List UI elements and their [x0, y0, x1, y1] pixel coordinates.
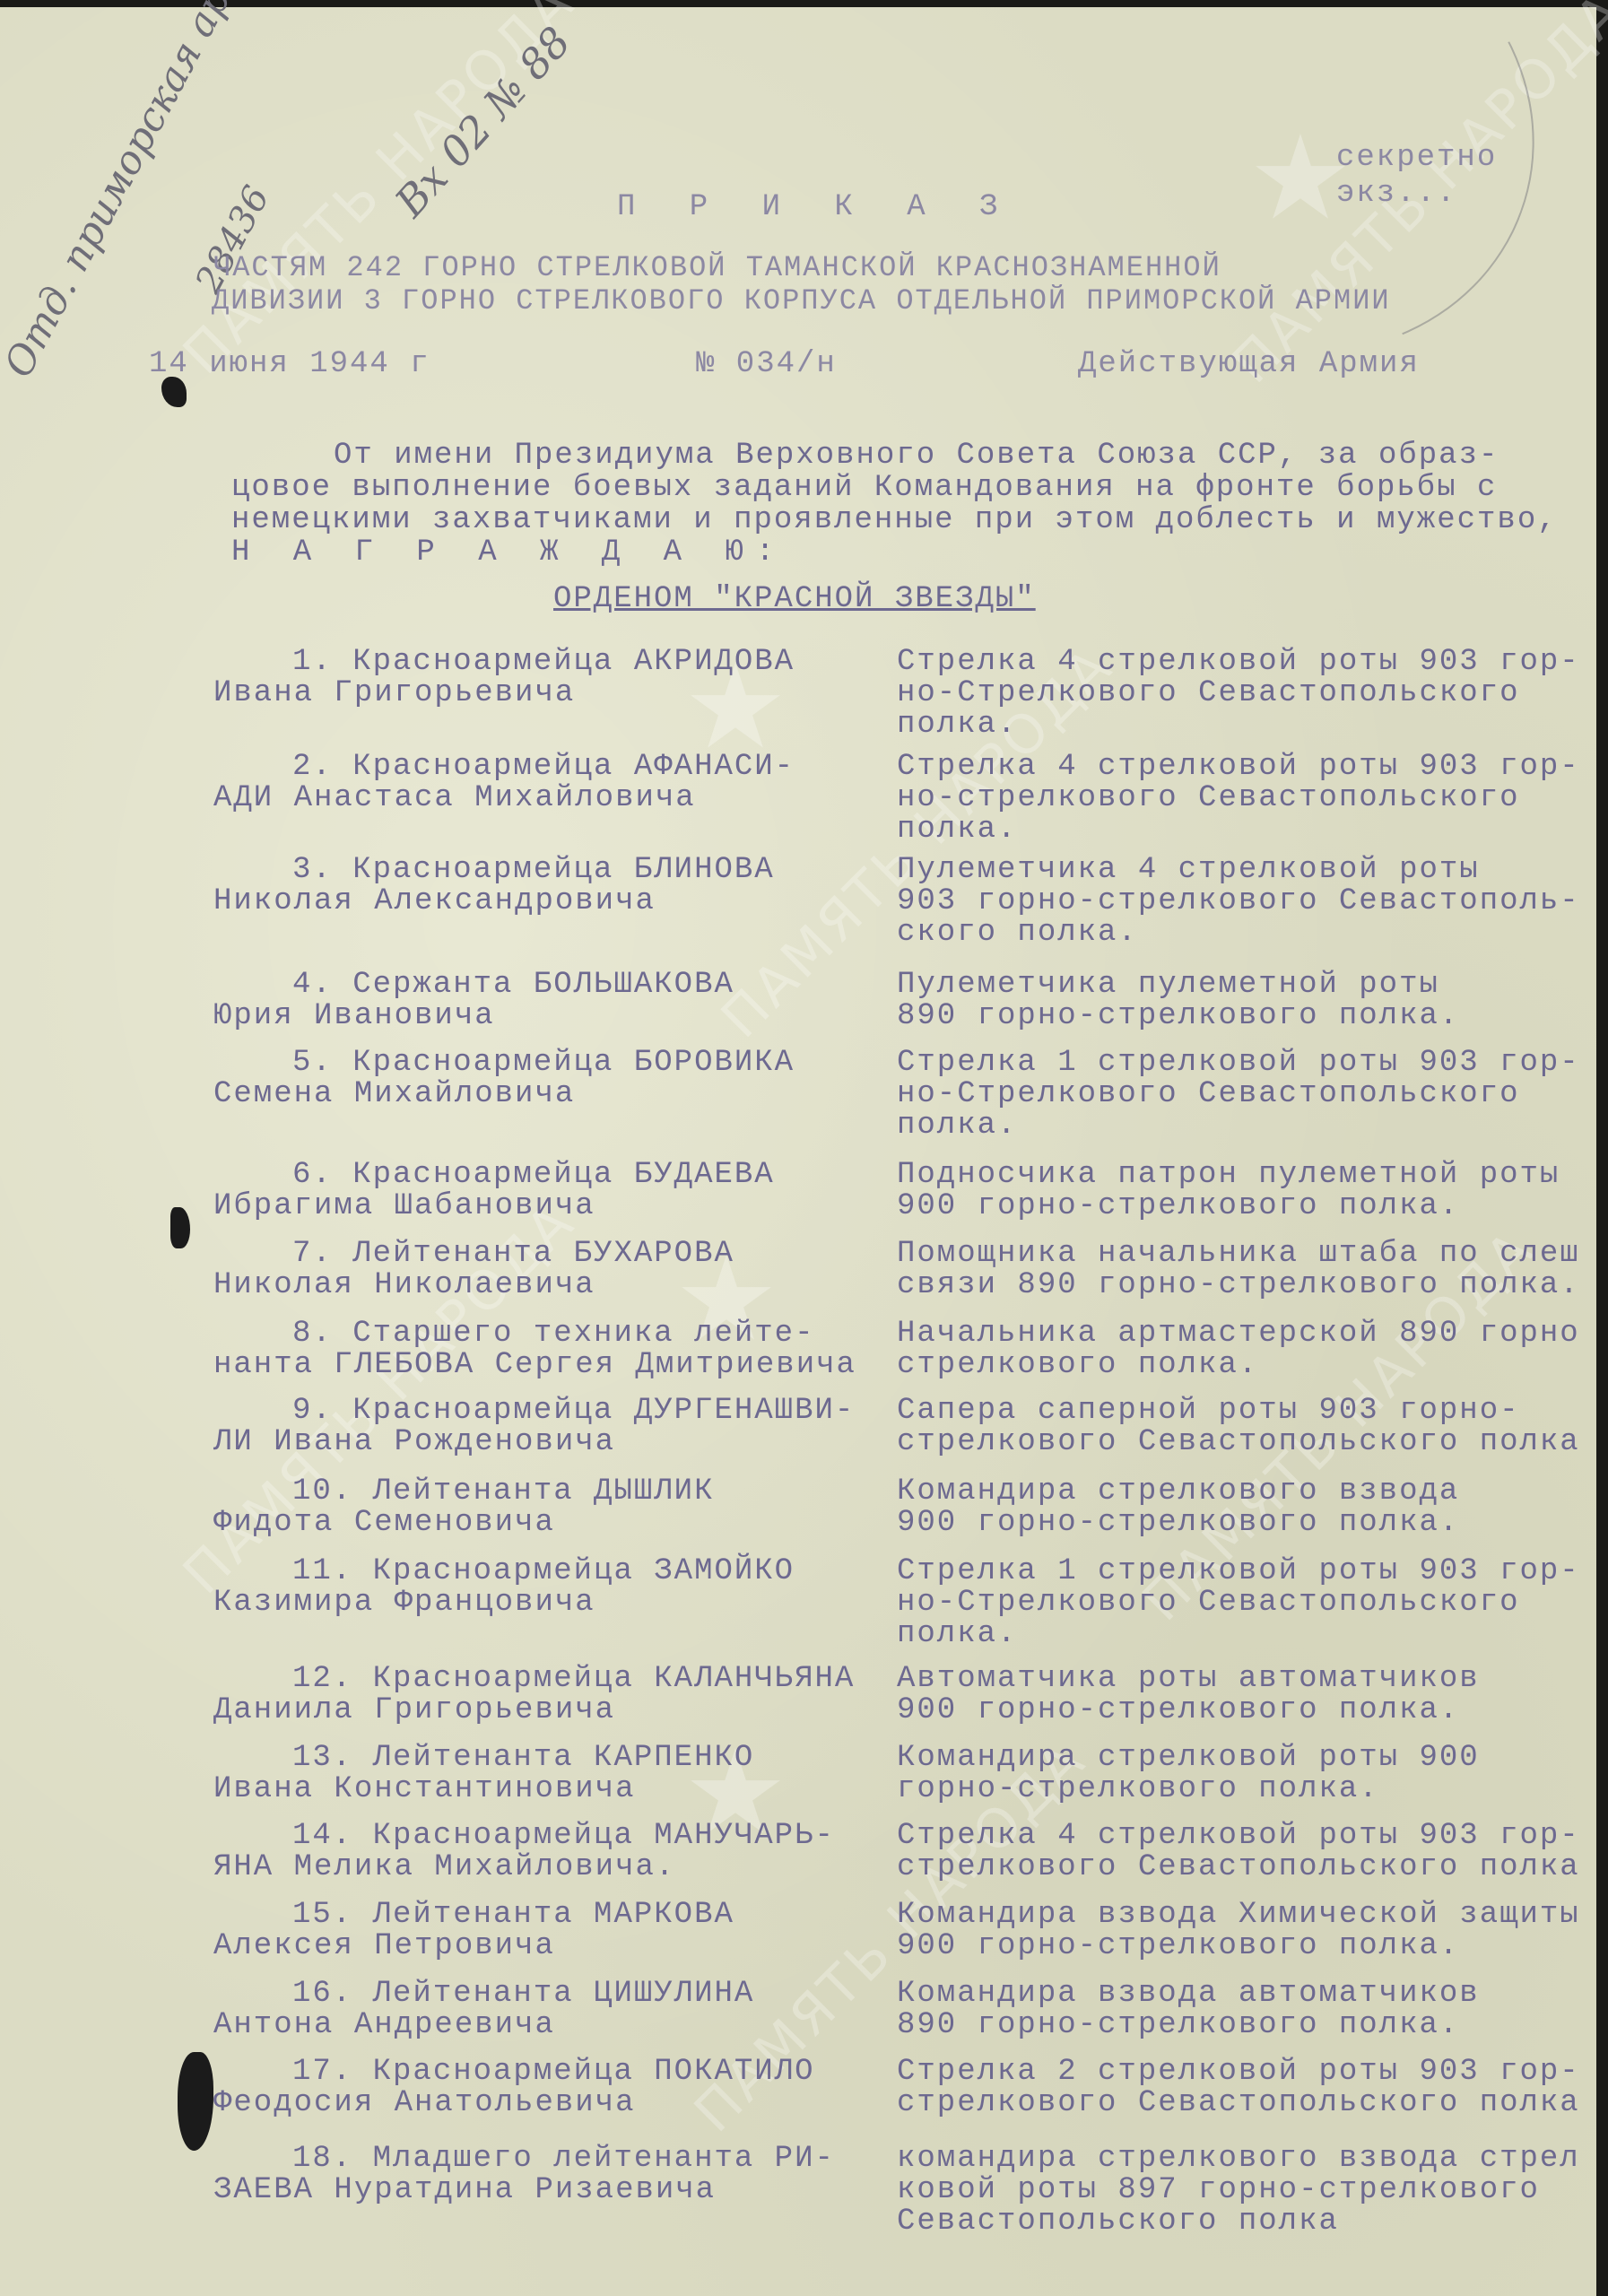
recipient-rank-surname: 14. Красноармейца МАНУЧАРЬ-	[292, 1821, 835, 1852]
recipient-position: но-стрелкового Севастопольского	[897, 783, 1520, 814]
recipient-position: но-Стрелкового Севастопольского	[897, 678, 1520, 709]
recipient-rank-surname: 6. Красноармейца БУДАЕВА	[292, 1160, 775, 1191]
recipient-position: Автоматчика роты автоматчиков	[897, 1664, 1480, 1695]
classification-line-1: секретно	[1336, 142, 1497, 174]
preamble-line: Н А Г Р А Ж Д А Ю:	[231, 536, 787, 569]
recipient-name: АДИ Анастаса Михайловича	[213, 783, 696, 814]
page-title: П Р И К А З	[617, 191, 1015, 223]
recipient-position: стрелкового Севастопольского полка	[897, 1852, 1580, 1883]
recipient-position: ского полка.	[897, 918, 1138, 949]
recipient-name: нанта ГЛЕБОВА Сергея Дмитриевича	[213, 1350, 856, 1381]
recipient-rank-surname: 18. Младшего лейтенанта РИ-	[292, 2144, 835, 2175]
recipient-rank-surname: 12. Красноармейца КАЛАНЧЬЯНА	[292, 1664, 855, 1695]
recipient-position: полка.	[897, 1619, 1017, 1650]
recipient-position: 900 горно-стрелкового полка.	[897, 1695, 1459, 1726]
recipient-position: Подносчика патрон пулеметной роты	[897, 1160, 1560, 1191]
recipient-position: Стрелка 2 стрелковой роты 903 гор-	[897, 2057, 1580, 2088]
recipient-position: Стрелка 4 стрелковой роты 903 гор-	[897, 647, 1580, 678]
recipient-rank-surname: 15. Лейтенанта МАРКОВА	[292, 1900, 734, 1931]
recipient-rank-surname: 5. Красноармейца БОРОВИКА	[292, 1048, 795, 1079]
recipient-name: Фидота Семеновича	[213, 1508, 555, 1539]
recipient-rank-surname: 4. Сержанта БОЛЬШАКОВА	[292, 970, 734, 1001]
recipient-name: Казимира Францовича	[213, 1587, 595, 1619]
recipient-position: 903 горно-стрелкового Севастополь-	[897, 886, 1580, 918]
recipient-name: ЗАЕВА Нуратдина Ризаевича	[213, 2175, 716, 2206]
recipient-rank-surname: 16. Лейтенанта ЦИШУЛИНА	[292, 1979, 754, 2010]
recipient-position: Стрелка 4 стрелковой роты 903 гор-	[897, 1821, 1580, 1852]
preamble-line: цовое выполнение боевых заданий Командов…	[231, 472, 1497, 504]
recipient-position: командира стрелкового взвода стрел	[897, 2144, 1580, 2175]
punch-hole	[178, 2052, 213, 2151]
recipient-position: 900 горно-стрелкового полка.	[897, 1508, 1459, 1539]
recipient-position: 900 горно-стрелкового полка.	[897, 1931, 1459, 1962]
recipient-position: Начальника артмастерской 890 горно	[897, 1318, 1580, 1350]
recipient-position: Командира стрелкового взвода	[897, 1476, 1459, 1508]
recipient-position: стрелкового полка.	[897, 1350, 1258, 1381]
recipient-position: полка.	[897, 814, 1017, 846]
recipient-position: Пулеметчика пулеметной роты	[897, 970, 1439, 1001]
order-number: № 034/н	[696, 348, 837, 380]
recipient-name: Антона Андреевича	[213, 2010, 555, 2041]
recipient-position: стрелкового Севастопольского полка	[897, 2088, 1580, 2119]
recipient-position: полка.	[897, 1110, 1017, 1142]
recipient-name: Алексея Петровича	[213, 1931, 555, 1962]
recipient-rank-surname: 17. Красноармейца ПОКАТИЛО	[292, 2057, 815, 2088]
recipient-position: горно-стрелкового полка.	[897, 1774, 1379, 1805]
unit-line-2: ДИВИЗИИ 3 ГОРНО СТРЕЛКОВОГО КОРПУСА ОТДЕ…	[212, 285, 1391, 317]
recipient-name: Юрия Ивановича	[213, 1001, 495, 1032]
recipient-position: полка.	[897, 709, 1017, 741]
recipient-name: Ивана Григорьевича	[213, 678, 575, 709]
recipient-position: Стрелка 4 стрелковой роты 903 гор-	[897, 752, 1580, 783]
punch-hole	[170, 1207, 190, 1248]
recipient-rank-surname: 8. Старшего техника лейте-	[292, 1318, 815, 1350]
recipient-position: Сапера саперной роты 903 горно-	[897, 1396, 1520, 1427]
recipient-rank-surname: 13. Лейтенанта КАРПЕНКО	[292, 1743, 754, 1774]
recipient-rank-surname: 9. Красноармейца ДУРГЕНАШВИ-	[292, 1396, 855, 1427]
recipient-position: но-Стрелкового Севастопольского	[897, 1587, 1520, 1619]
order-location: Действующая Армия	[1078, 348, 1420, 380]
recipient-position: Командира взвода Химической защиты	[897, 1900, 1580, 1931]
recipient-name: Николая Николаевича	[213, 1270, 595, 1301]
classification-line-2: экз...	[1336, 178, 1456, 210]
recipient-rank-surname: 3. Красноармейца БЛИНОВА	[292, 855, 775, 886]
recipient-position: Пулеметчика 4 стрелковой роты	[897, 855, 1480, 886]
recipient-rank-surname: 1. Красноармейца АКРИДОВА	[292, 647, 795, 678]
recipient-rank-surname: 11. Красноармейца ЗАМОЙКО	[292, 1556, 795, 1587]
recipient-rank-surname: 10. Лейтенанта ДЫШЛИК	[292, 1476, 714, 1508]
recipient-position: 900 горно-стрелкового полка.	[897, 1191, 1459, 1222]
recipient-position: Стрелка 1 стрелковой роты 903 гор-	[897, 1556, 1580, 1587]
recipient-rank-surname: 7. Лейтенанта БУХАРОВА	[292, 1239, 734, 1270]
recipient-name: ЛИ Ивана Рожденовича	[213, 1427, 615, 1458]
document-page: ПАМЯТЬ НАРОДА ПАМЯТЬ НАРОДА ПАМЯТЬ НАРОД…	[0, 7, 1596, 2296]
recipient-position: ковой роты 897 горно-стрелкового	[897, 2175, 1540, 2206]
recipient-position: Помощника начальника штаба по слеш	[897, 1239, 1580, 1270]
recipient-position: но-Стрелкового Севастопольского	[897, 1079, 1520, 1110]
recipient-name: Феодосия Анатольевича	[213, 2088, 635, 2119]
recipient-name: ЯНА Мелика Михайловича.	[213, 1852, 675, 1883]
preamble-line: немецкими захватчиками и проявленные при…	[231, 504, 1558, 536]
recipient-position: Севастопольского полка	[897, 2206, 1339, 2238]
recipient-position: Командира стрелковой роты 900	[897, 1743, 1480, 1774]
recipient-name: Николая Александровича	[213, 886, 656, 918]
recipient-name: Ивана Константиновича	[213, 1774, 635, 1805]
recipient-position: стрелкового Севастопольского полка	[897, 1427, 1580, 1458]
recipient-name: Семена Михайловича	[213, 1079, 575, 1110]
recipient-position: связи 890 горно-стрелкового полка.	[897, 1270, 1580, 1301]
recipient-position: 890 горно-стрелкового полка.	[897, 2010, 1459, 2041]
recipient-name: Ибрагима Шабановича	[213, 1191, 595, 1222]
preamble-line: От имени Президиума Верховного Совета Со…	[334, 439, 1499, 472]
recipient-position: 890 горно-стрелкового полка.	[897, 1001, 1459, 1032]
recipient-name: Даниила Григорьевича	[213, 1695, 615, 1726]
order-date: 14 июня 1944 г	[149, 348, 430, 380]
unit-line-1: ЧАСТЯМ 242 ГОРНО СТРЕЛКОВОЙ ТАМАНСКОЙ КР…	[213, 252, 1221, 284]
award-heading: ОРДЕНОМ "КРАСНОЙ ЗВЕЗДЫ"	[553, 583, 1036, 615]
recipient-position: Командира взвода автоматчиков	[897, 1979, 1480, 2010]
punch-hole	[161, 377, 187, 407]
recipient-position: Стрелка 1 стрелковой роты 903 гор-	[897, 1048, 1580, 1079]
recipient-rank-surname: 2. Красноармейца АФАНАСИ-	[292, 752, 795, 783]
